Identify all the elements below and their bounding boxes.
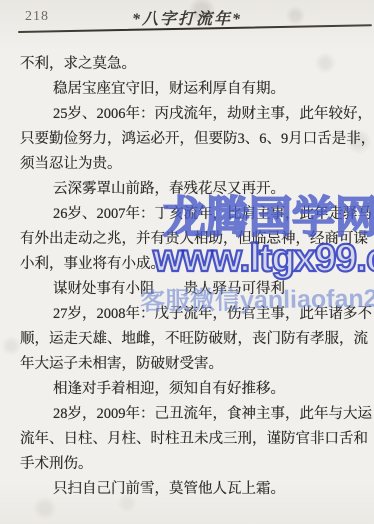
text-line: 流年、日柱、月柱、时柱丑未戌三刑，谨防官非口舌和 (20, 427, 360, 452)
text-line: 28岁，2009年：己丑流年，食神主事，此年与大运 (20, 402, 360, 427)
text-line: 25岁、2006年：丙戌流年，劫财主事，此年较好， (20, 102, 360, 127)
text-line: 小利，事业将有小成。 (20, 252, 360, 277)
text-line: 年大运子未相害，防破财受害。 (20, 352, 360, 377)
text-line: 顺，运走天雄、地雌，不旺防破财，丧门防有孝服，流 (20, 327, 360, 352)
text-line: 26岁、2007年：丁亥流年，比肩主事，此年走驿马 (20, 202, 360, 227)
text-line: 手术刑伤。 (20, 452, 360, 477)
text-line: 只扫自己门前雪，莫管他人瓦上霜。 (20, 477, 360, 502)
text-line: 云深雾罩山前路，春残花尽又再开。 (20, 177, 360, 202)
text-line: 相逢对手着相迎，须知自有好推移。 (20, 377, 360, 402)
text-line: 稳居宝座宜守旧，财运利厚自有期。 (20, 77, 360, 102)
text-line: 27岁，2008年：戊子流年，伤官主事，此年诸多不 (20, 302, 360, 327)
text-line: 只要勤俭努力，鸿运必开，但要防3、6、9月口舌是非， (20, 127, 360, 152)
scanned-book-page: { "page": { "number": "218", "header_tit… (0, 0, 374, 524)
text-line: 须当忍让为贵。 (20, 152, 360, 177)
text-line: 不利，求之莫急。 (20, 52, 360, 77)
text-line: 有外出走动之兆，并有贵人相助，但临忌神，经商可谋 (20, 227, 360, 252)
body-text: 不利，求之莫急。稳居宝座宜守旧，财运利厚自有期。25岁、2006年：丙戌流年，劫… (20, 52, 360, 502)
text-line: 谋财处事有小阻 贵人驿马可得利 (20, 277, 360, 302)
